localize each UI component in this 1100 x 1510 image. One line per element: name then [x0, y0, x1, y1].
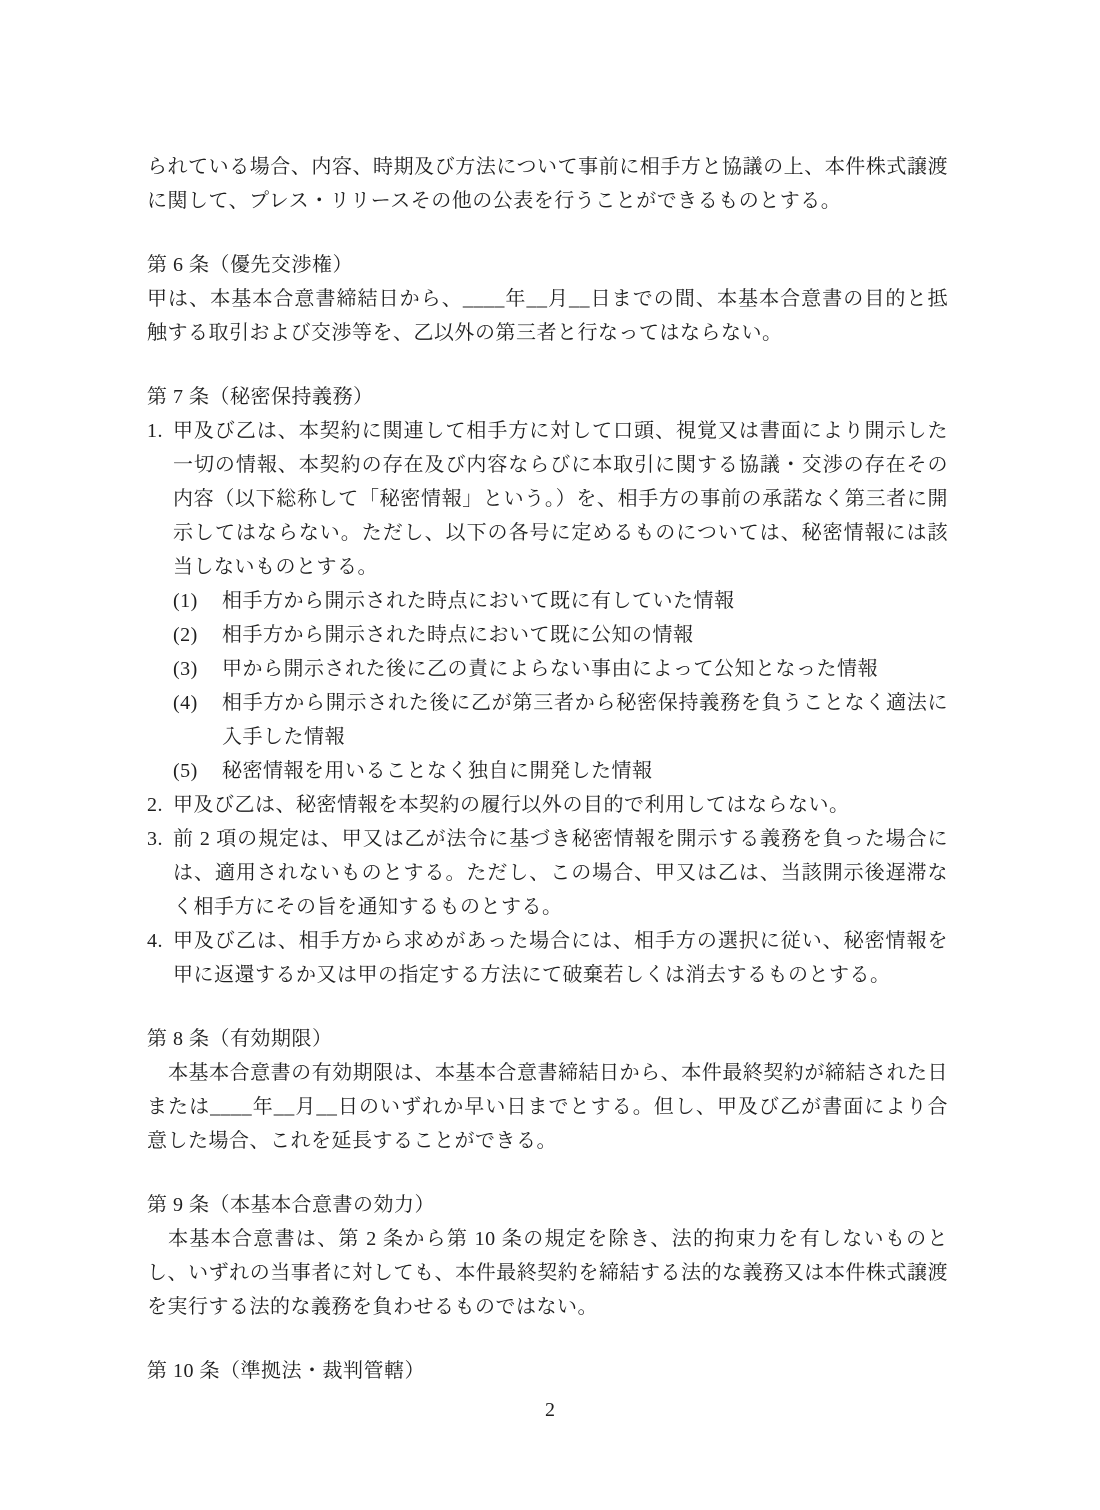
sub-list-item-2: (2) 相手方から開示された時点において既に公知の情報: [173, 618, 948, 652]
list-item-2: 2. 甲及び乙は、秘密情報を本契約の履行以外の目的で利用してはならない。: [147, 788, 948, 822]
sub-list-item-number: (4): [173, 686, 222, 754]
article-8-heading: 第 8 条（有効期限）: [147, 1022, 948, 1056]
list-item-number: 4.: [147, 924, 173, 992]
article-8: 第 8 条（有効期限） 本基本合意書の有効期限は、本基本合意書締結日から、本件最…: [147, 1022, 948, 1158]
section-gap: [147, 350, 948, 380]
list-item-1: 1. 甲及び乙は、本契約に関連して相手方に対して口頭、視覚又は書面により開示した…: [147, 414, 948, 584]
sub-list-item-number: (2): [173, 618, 222, 652]
list-item-text: 甲及び乙は、秘密情報を本契約の履行以外の目的で利用してはならない。: [173, 788, 948, 822]
article-6-heading: 第 6 条（優先交渉権）: [147, 248, 948, 282]
page-number: 2: [0, 1393, 1100, 1427]
article-9-heading: 第 9 条（本基本合意書の効力）: [147, 1188, 948, 1222]
sub-list-item-text: 相手方から開示された後に乙が第三者から秘密保持義務を負うことなく適法に入手した情…: [222, 686, 948, 754]
sub-list-item-text: 甲から開示された後に乙の責によらない事由によって公知となった情報: [222, 652, 948, 686]
article-6: 第 6 条（優先交渉権） 甲は、本基本合意書締結日から、____年__月__日ま…: [147, 248, 948, 350]
sub-list-item-4: (4) 相手方から開示された後に乙が第三者から秘密保持義務を負うことなく適法に入…: [173, 686, 948, 754]
contract-body: られている場合、内容、時期及び方法について事前に相手方と協議の上、本件株式譲渡に…: [147, 150, 948, 1388]
article-6-body: 甲は、本基本合意書締結日から、____年__月__日までの間、本基本合意書の目的…: [147, 282, 948, 350]
sub-list-item-5: (5) 秘密情報を用いることなく独自に開発した情報: [173, 754, 948, 788]
section-gap: [147, 218, 948, 248]
continuation-paragraph: られている場合、内容、時期及び方法について事前に相手方と協議の上、本件株式譲渡に…: [147, 150, 948, 218]
sub-list-item-text: 相手方から開示された時点において既に公知の情報: [222, 618, 948, 652]
list-item-number: 3.: [147, 822, 173, 924]
list-item-text: 前 2 項の規定は、甲又は乙が法令に基づき秘密情報を開示する義務を負った場合には…: [173, 822, 948, 924]
sub-list-item-3: (3) 甲から開示された後に乙の責によらない事由によって公知となった情報: [173, 652, 948, 686]
sub-list-item-number: (1): [173, 584, 222, 618]
sub-list-item-text: 相手方から開示された時点において既に有していた情報: [222, 584, 948, 618]
article-7-heading: 第 7 条（秘密保持義務）: [147, 380, 948, 414]
list-item-3: 3. 前 2 項の規定は、甲又は乙が法令に基づき秘密情報を開示する義務を負った場…: [147, 822, 948, 924]
article-9-body: 本基本合意書は、第 2 条から第 10 条の規定を除き、法的拘束力を有しないもの…: [147, 1222, 948, 1324]
list-item-text: 甲及び乙は、本契約に関連して相手方に対して口頭、視覚又は書面により開示した一切の…: [173, 414, 948, 584]
article-10: 第 10 条（準拠法・裁判管轄）: [147, 1354, 948, 1388]
article-8-body: 本基本合意書の有効期限は、本基本合意書締結日から、本件最終契約が締結された日また…: [147, 1056, 948, 1158]
list-item-number: 1.: [147, 414, 173, 584]
sub-list-item-number: (5): [173, 754, 222, 788]
sub-list-item-number: (3): [173, 652, 222, 686]
article-7: 第 7 条（秘密保持義務） 1. 甲及び乙は、本契約に関連して相手方に対して口頭…: [147, 380, 948, 992]
list-item-text: 甲及び乙は、相手方から求めがあった場合には、相手方の選択に従い、秘密情報を甲に返…: [173, 924, 948, 992]
sub-list-item-1: (1) 相手方から開示された時点において既に有していた情報: [173, 584, 948, 618]
list-item-4: 4. 甲及び乙は、相手方から求めがあった場合には、相手方の選択に従い、秘密情報を…: [147, 924, 948, 992]
sub-list-item-text: 秘密情報を用いることなく独自に開発した情報: [222, 754, 948, 788]
section-gap: [147, 1324, 948, 1354]
article-10-heading: 第 10 条（準拠法・裁判管轄）: [147, 1354, 948, 1388]
contract-page: られている場合、内容、時期及び方法について事前に相手方と協議の上、本件株式譲渡に…: [0, 0, 1100, 1510]
section-gap: [147, 1158, 948, 1188]
section-gap: [147, 992, 948, 1022]
article-9: 第 9 条（本基本合意書の効力） 本基本合意書は、第 2 条から第 10 条の規…: [147, 1188, 948, 1324]
list-item-number: 2.: [147, 788, 173, 822]
